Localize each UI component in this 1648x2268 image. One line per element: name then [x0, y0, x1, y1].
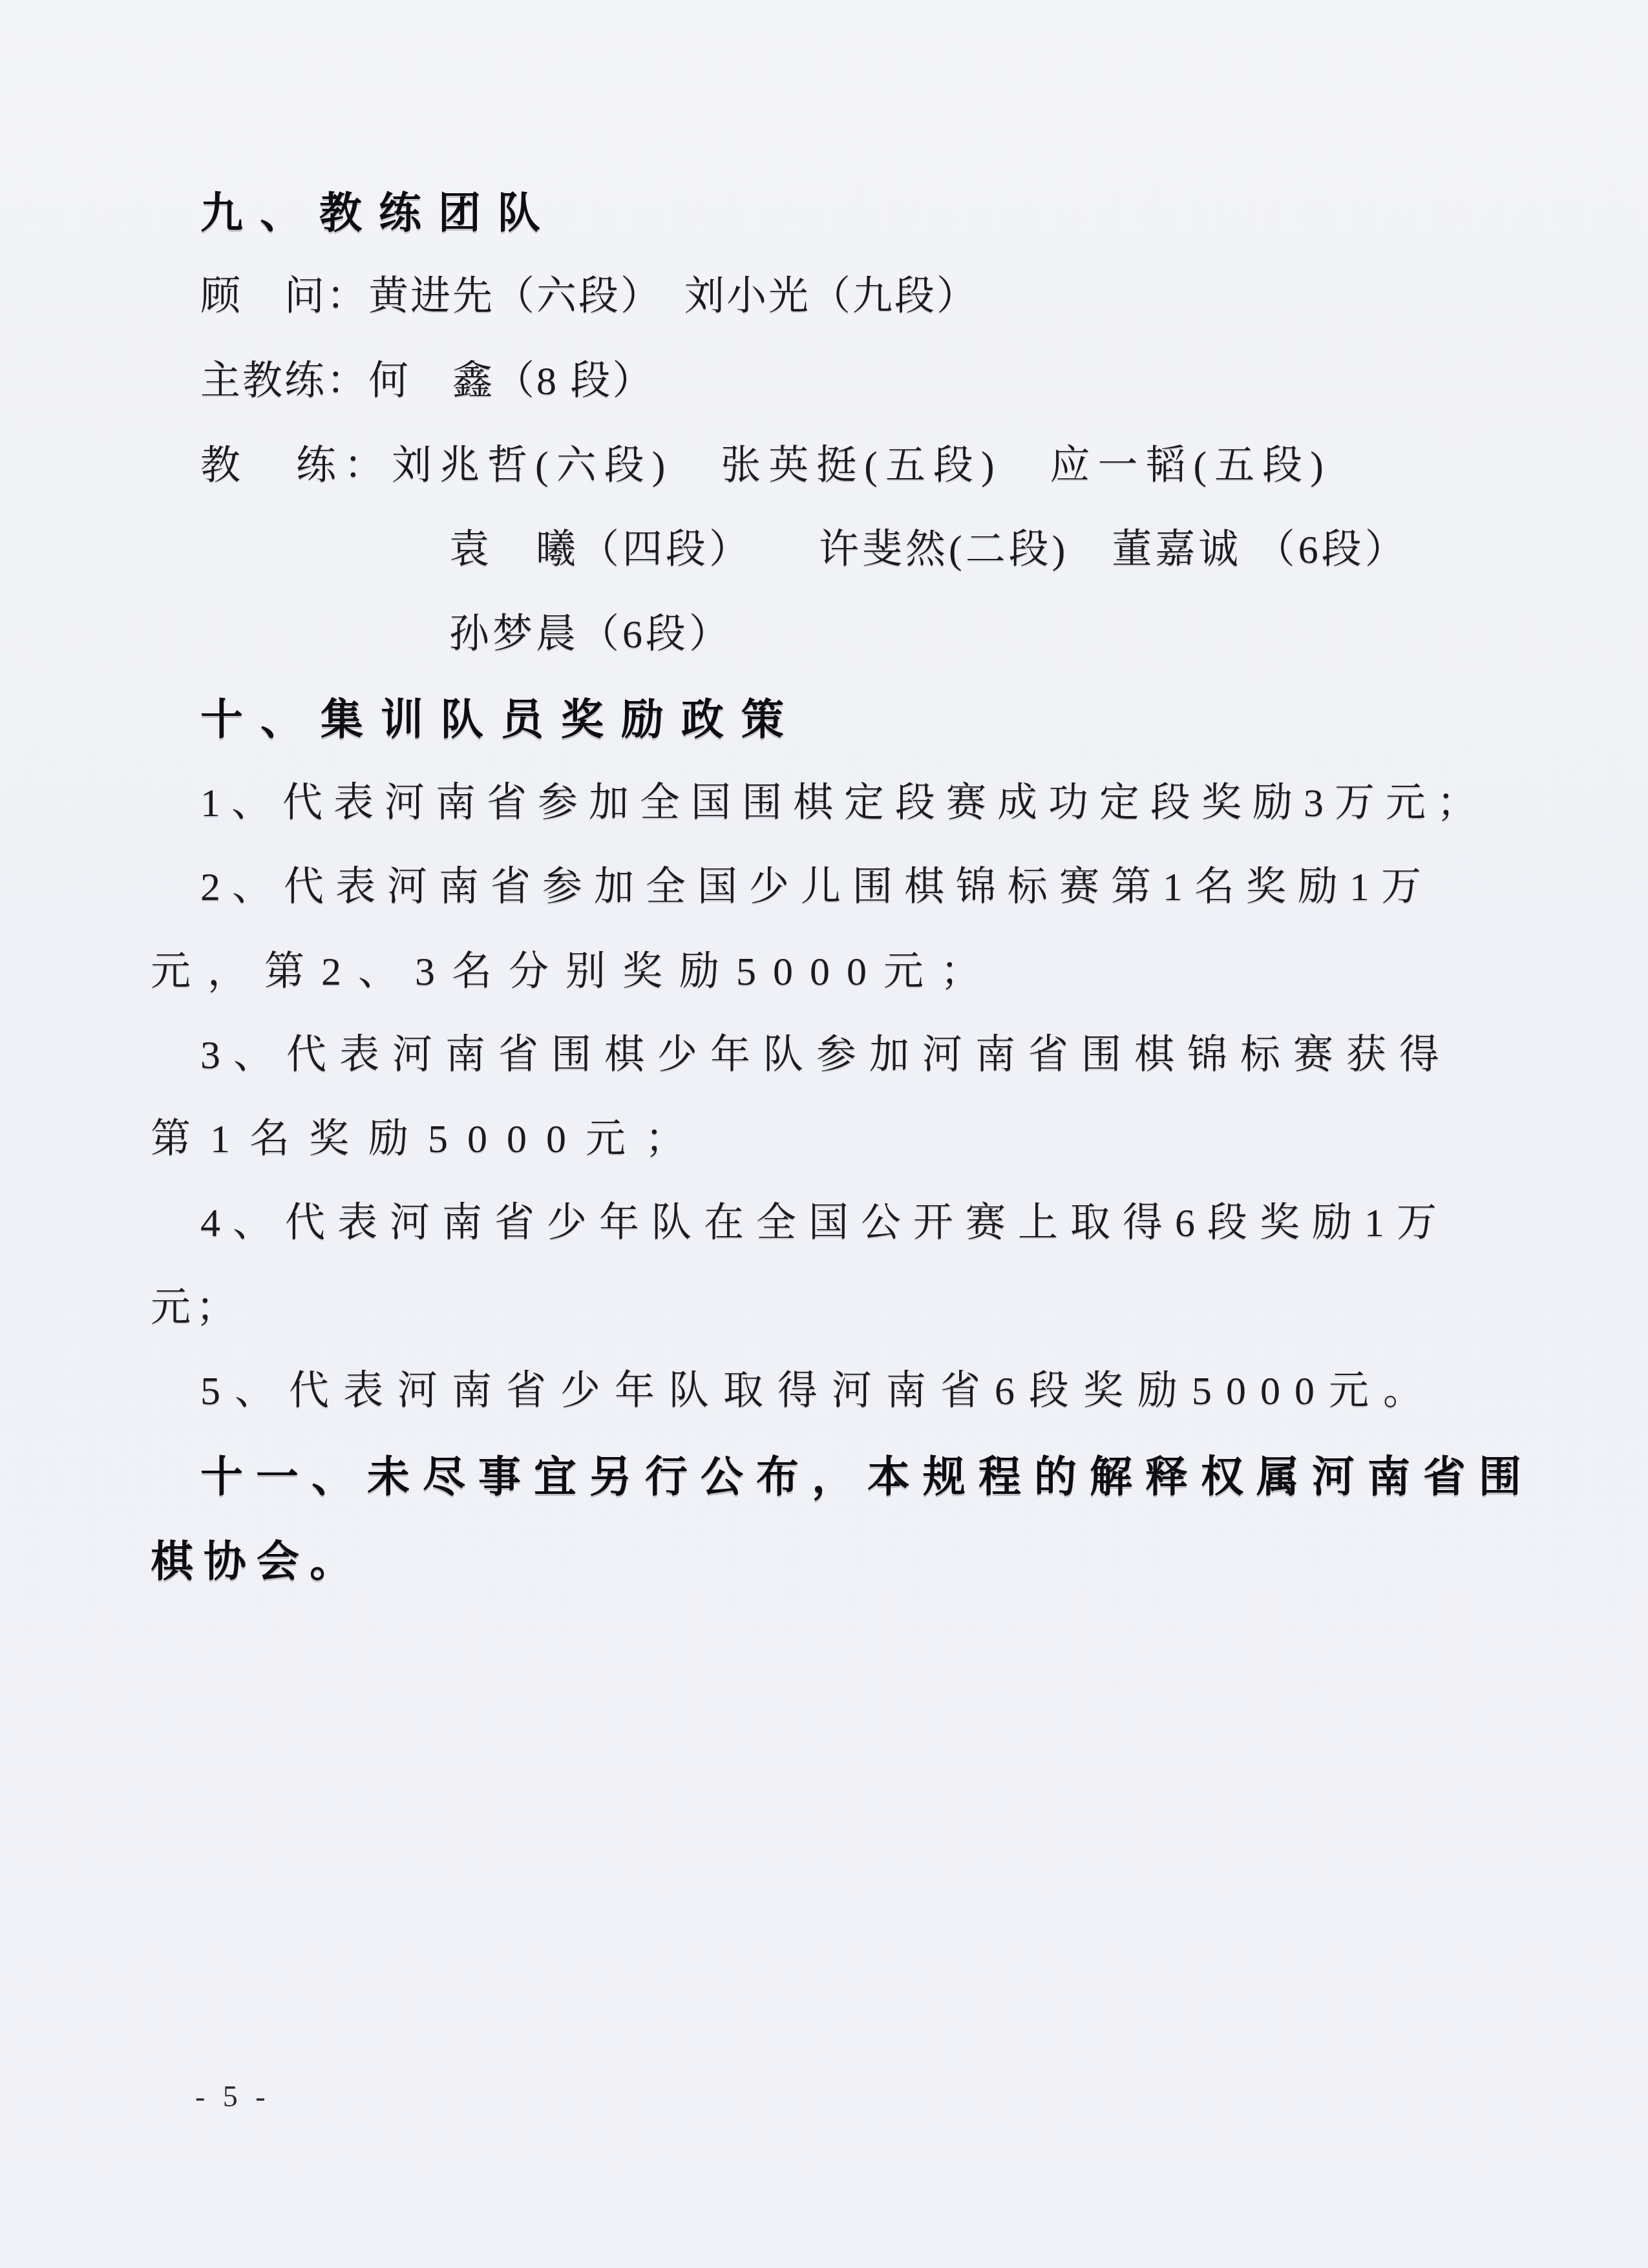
reward-item-4-line-2: 元； — [151, 1288, 241, 1328]
scanned-document-page: 九、教练团队 顾 问：黄进先（六段） 刘小光（九段） 主教练：何 鑫（8 段） … — [0, 0, 1648, 2268]
coaches-line-1: 教 练：刘兆哲(六段) 张英挺(五段) 应一韬(五段) — [200, 446, 1331, 486]
reward-item-3-line-1: 3、代表河南省围棋少年队参加河南省围棋锦标赛获得 — [200, 1035, 1452, 1075]
reward-item-4-line-1: 4、代表河南省少年队在全国公开赛上取得6段奖励1万 — [200, 1203, 1449, 1243]
reward-item-2-line-2: 元，第2、3名分别奖励5000元； — [151, 952, 997, 992]
page-number: - 5 - — [195, 2079, 271, 2114]
reward-item-3-line-2: 第1名奖励5000元； — [151, 1119, 704, 1159]
section-9-heading: 九、教练团队 — [200, 191, 557, 234]
advisors-line: 顾 问：黄进先（六段） 刘小光（九段） — [200, 277, 978, 317]
reward-item-2-line-1: 2、代表河南省参加全国少儿围棋锦标赛第1名奖励1万 — [200, 867, 1433, 907]
reward-item-5: 5、代表河南省少年队取得河南省6段奖励5000元。 — [200, 1371, 1437, 1411]
coaches-line-2: 袁 曦（四段） 许斐然(二段) 董嘉诚 （6段） — [449, 530, 1408, 570]
section-11-heading-line-1: 十一、未尽事宜另行公布，本规程的解释权属河南省围 — [200, 1455, 1534, 1498]
section-11-heading-line-2: 棋协会。 — [151, 1540, 363, 1582]
head-coach-line: 主教练：何 鑫（8 段） — [200, 361, 655, 401]
coaches-line-3: 孙梦晨（6段） — [449, 614, 732, 655]
section-10-heading: 十、集训队员奖励政策 — [200, 698, 801, 740]
reward-item-1: 1、代表河南省参加全国围棋定段赛成功定段奖励3万元； — [200, 783, 1488, 823]
